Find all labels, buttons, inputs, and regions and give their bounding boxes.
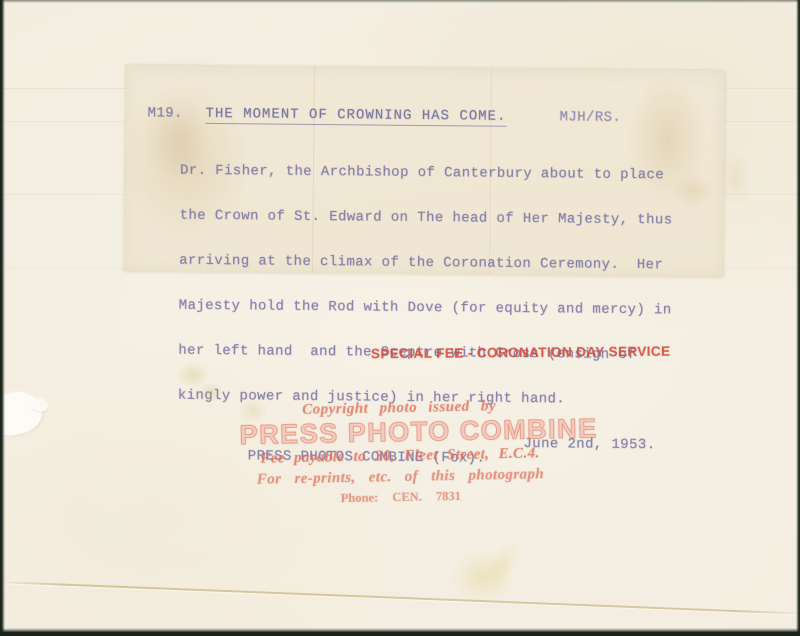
agency-stamp: Copyright photo issued by PRESS PHOTO CO…	[239, 397, 561, 508]
caption-reference: M19.	[147, 105, 182, 121]
scan-edge-left	[0, 0, 5, 636]
scan-edge-right	[796, 0, 800, 636]
scan-edge-top	[0, 0, 800, 3]
paper-tear	[0, 387, 46, 438]
caption-routing-code: MJH/RS.	[559, 109, 621, 126]
caption-header: M19. THE MOMENT OF CROWNING HAS COME. MJ…	[125, 105, 724, 127]
scan-edge-bottom	[0, 628, 800, 636]
caption-line: arriving at the climax of the Coronation…	[179, 254, 672, 274]
caption-line: Dr. Fisher, the Archbishop of Canterbury…	[180, 164, 673, 184]
paper-stain	[198, 382, 224, 402]
agency-stamp-name: PRESS PHOTO COMBINE	[239, 415, 559, 449]
caption-line: Majesty hold the Rod with Dove (for equi…	[179, 299, 672, 319]
crease-line	[0, 581, 800, 614]
caption-label: M19. THE MOMENT OF CROWNING HAS COME. MJ…	[124, 65, 725, 277]
special-fee-stamp: SPECIAL FEE - CORONATION DAY SERVICE	[371, 344, 671, 362]
paper-stain	[718, 148, 752, 208]
caption-title: THE MOMENT OF CROWNING HAS COME.	[205, 106, 506, 127]
agency-stamp-reprints: For re-prints, etc. of this photograph	[240, 466, 560, 489]
photo-back-scan: M19. THE MOMENT OF CROWNING HAS COME. MJ…	[0, 0, 800, 636]
paper-stain	[238, 398, 268, 424]
caption-line: the Crown of St. Edward on The head of H…	[179, 209, 672, 229]
